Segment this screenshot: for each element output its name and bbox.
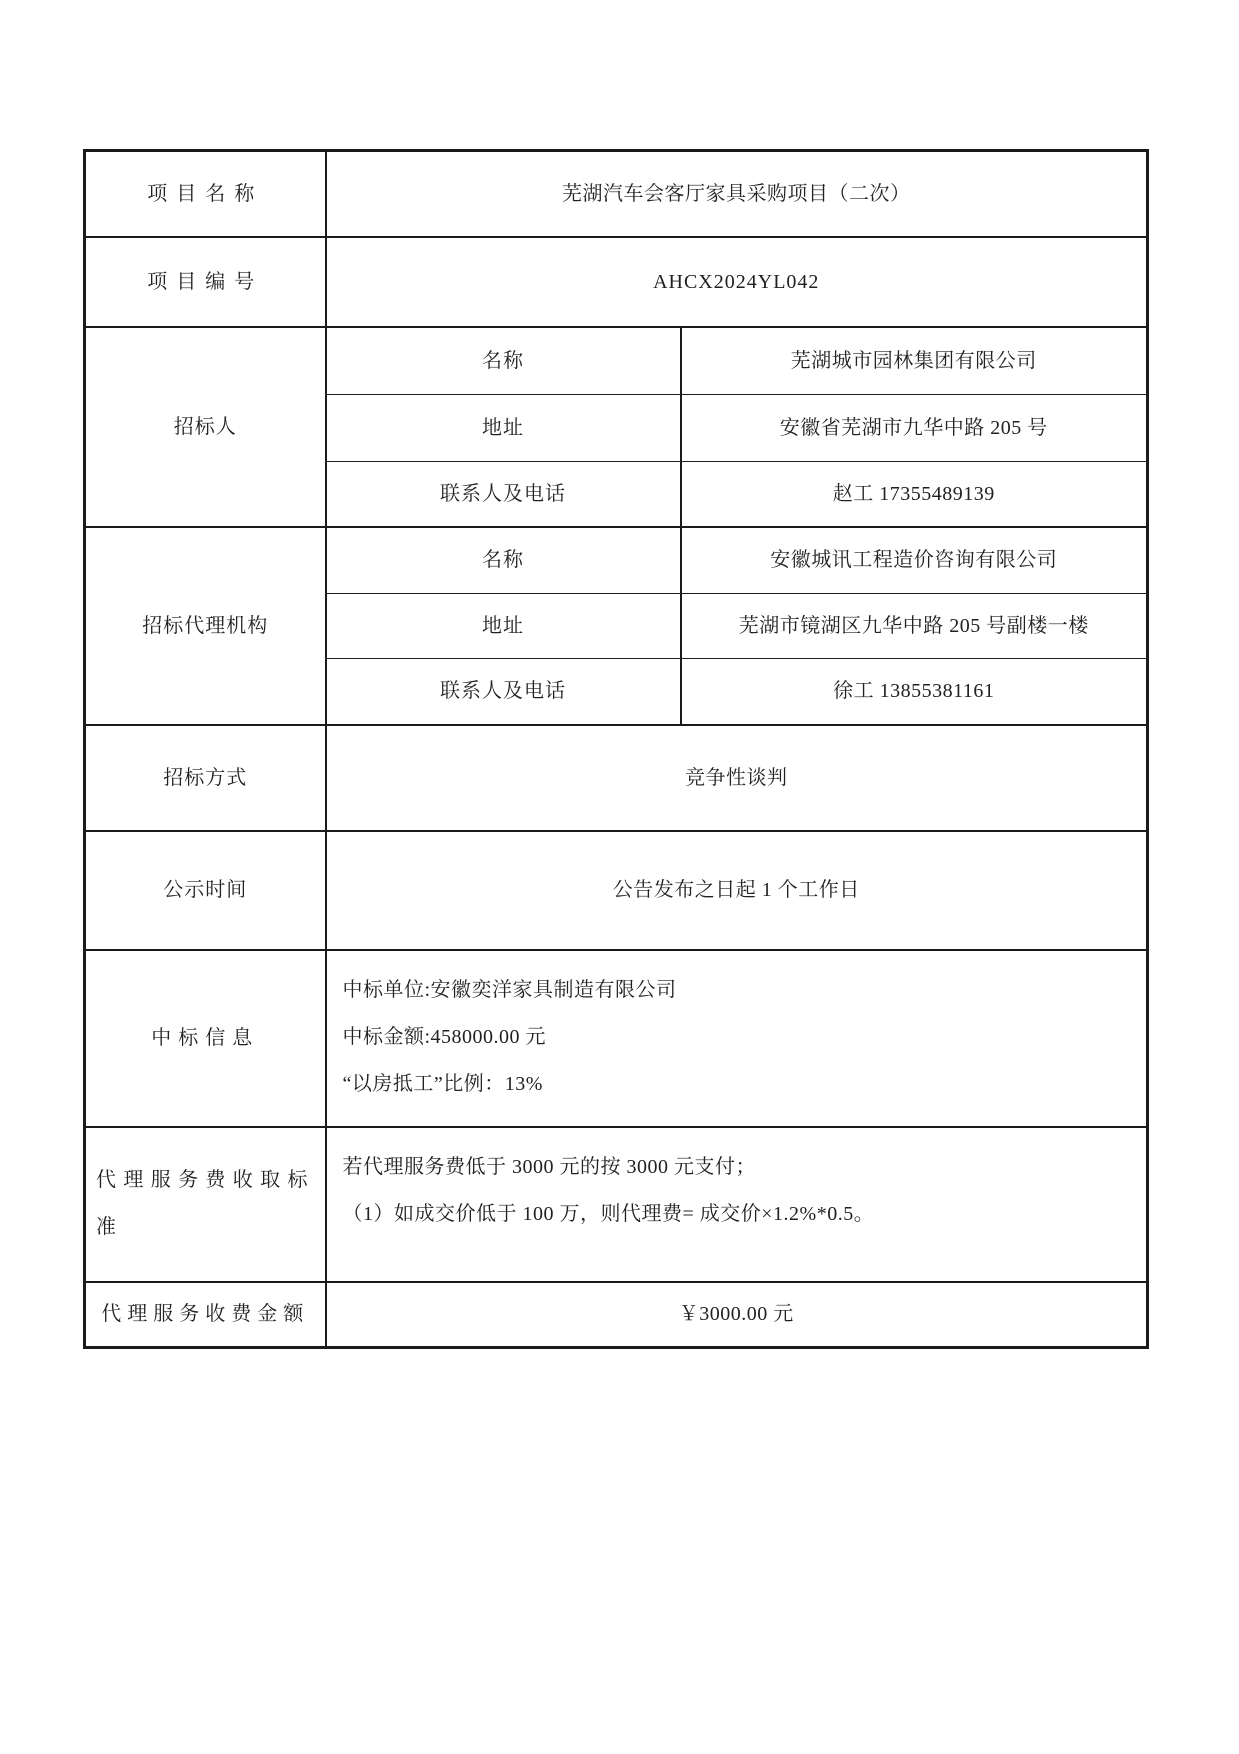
award-winner-line: 中标单位:安徽奕洋家具制造有限公司 <box>343 967 1133 1014</box>
award-ratio-line: “以房抵工”比例：13% <box>343 1061 1133 1108</box>
table-row: 代理服务收费金额 ￥3000.00 元 <box>85 1282 1148 1348</box>
document-page: 项目名称 芜湖汽车会客厅家具采购项目（二次） 项目编号 AHCX2024YL04… <box>0 0 1239 1754</box>
agency-fee-standard-value: 若代理服务费低于 3000 元的按 3000 元支付； （1）如成交价低于 10… <box>326 1127 1148 1282</box>
project-number-value: AHCX2024YL042 <box>326 237 1148 327</box>
tenderer-name-label: 名称 <box>326 327 681 395</box>
agency-address-value: 芜湖市镜湖区九华中路 205 号副楼一楼 <box>681 594 1148 659</box>
table-row: 公示时间 公告发布之日起 1 个工作日 <box>85 831 1148 950</box>
agency-name-label: 名称 <box>326 527 681 594</box>
agency-fee-amount-label: 代理服务收费金额 <box>85 1282 326 1348</box>
method-value: 竞争性谈判 <box>326 725 1148 831</box>
tenderer-label: 招标人 <box>85 327 326 527</box>
table-row: 招标代理机构 名称 安徽城讯工程造价咨询有限公司 <box>85 527 1148 594</box>
table-row: 招标人 名称 芜湖城市园林集团有限公司 <box>85 327 1148 395</box>
agency-address-label: 地址 <box>326 594 681 659</box>
table-row: 项目名称 芜湖汽车会客厅家具采购项目（二次） <box>85 151 1148 237</box>
tender-info-table: 项目名称 芜湖汽车会客厅家具采购项目（二次） 项目编号 AHCX2024YL04… <box>83 149 1149 1349</box>
publicity-period-value: 公告发布之日起 1 个工作日 <box>326 831 1148 950</box>
fee-standard-line-2: （1）如成交价低于 100 万，则代理费= 成交价×1.2%*0.5。 <box>343 1191 1133 1238</box>
tenderer-address-value: 安徽省芜湖市九华中路 205 号 <box>681 395 1148 462</box>
agency-label: 招标代理机构 <box>85 527 326 725</box>
fee-standard-line-1: 若代理服务费低于 3000 元的按 3000 元支付； <box>343 1144 1133 1191</box>
agency-name-value: 安徽城讯工程造价咨询有限公司 <box>681 527 1148 594</box>
award-amount-line: 中标金额:458000.00 元 <box>343 1014 1133 1061</box>
project-name-value: 芜湖汽车会客厅家具采购项目（二次） <box>326 151 1148 237</box>
project-name-label: 项目名称 <box>85 151 326 237</box>
tenderer-contact-label: 联系人及电话 <box>326 462 681 527</box>
agency-fee-standard-label: 代理服务费收取标准 <box>85 1127 326 1282</box>
agency-contact-value: 徐工 13855381161 <box>681 659 1148 725</box>
agency-fee-amount-value: ￥3000.00 元 <box>326 1282 1148 1348</box>
method-label: 招标方式 <box>85 725 326 831</box>
table-row: 代理服务费收取标准 若代理服务费低于 3000 元的按 3000 元支付； （1… <box>85 1127 1148 1282</box>
table-row: 招标方式 竞争性谈判 <box>85 725 1148 831</box>
award-info-value: 中标单位:安徽奕洋家具制造有限公司 中标金额:458000.00 元 “以房抵工… <box>326 950 1148 1127</box>
table-row: 中标信息 中标单位:安徽奕洋家具制造有限公司 中标金额:458000.00 元 … <box>85 950 1148 1127</box>
table-row: 项目编号 AHCX2024YL042 <box>85 237 1148 327</box>
tenderer-name-value: 芜湖城市园林集团有限公司 <box>681 327 1148 395</box>
tenderer-contact-value: 赵工 17355489139 <box>681 462 1148 527</box>
publicity-period-label: 公示时间 <box>85 831 326 950</box>
tenderer-address-label: 地址 <box>326 395 681 462</box>
award-info-label: 中标信息 <box>85 950 326 1127</box>
project-number-label: 项目编号 <box>85 237 326 327</box>
agency-contact-label: 联系人及电话 <box>326 659 681 725</box>
